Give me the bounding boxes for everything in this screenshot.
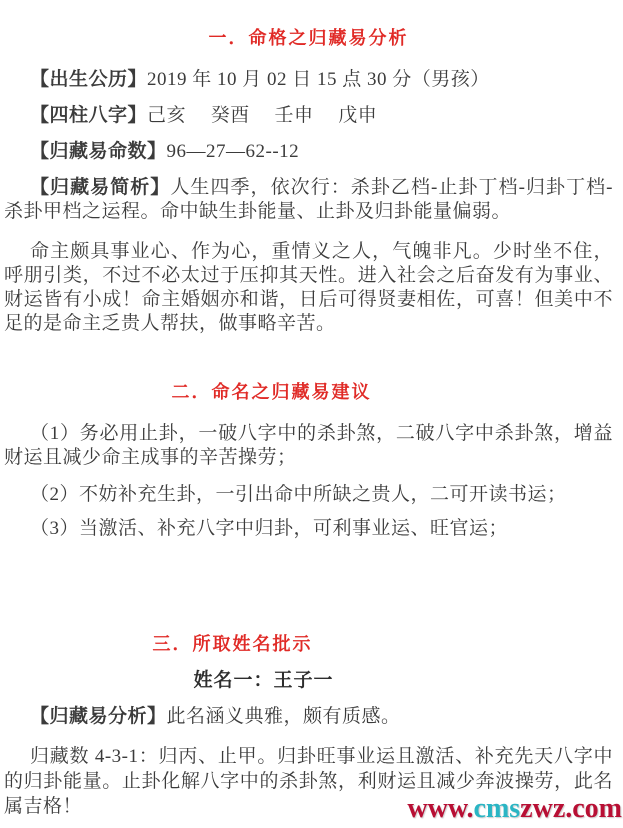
mingshu-label: 【归藏易命数】 bbox=[30, 141, 167, 162]
suggestion-item-2: （2）不妨补充生卦，一引出命中所缺之贵人，二可开读书运； bbox=[4, 483, 613, 507]
candidate-name-heading: 姓名一：王子一 bbox=[0, 669, 568, 693]
birth-date-value: 2019 年 10 月 02 日 15 点 30 分（男孩） bbox=[147, 69, 490, 90]
name-analysis-line: 【归藏易分析】此名涵义典雅，颇有质感。 bbox=[4, 705, 613, 729]
bazi-value: 己亥 癸酉 壬申 戊申 bbox=[147, 105, 377, 126]
mingshu-value: 96—27—62--12 bbox=[167, 141, 300, 162]
mingshu-line: 【归藏易命数】96—27—62--12 bbox=[4, 140, 613, 164]
watermark-highlight: cms bbox=[474, 793, 521, 824]
site-watermark: www.cmszwz.com bbox=[407, 795, 622, 823]
jianxi-label: 【归藏易简析】 bbox=[30, 177, 170, 198]
watermark-suffix: zwz.com bbox=[520, 793, 622, 824]
watermark-prefix: www. bbox=[407, 793, 473, 824]
birth-date-line: 【出生公历】2019 年 10 月 02 日 15 点 30 分（男孩） bbox=[4, 68, 613, 92]
document-page: 一．命格之归藏易分析 【出生公历】2019 年 10 月 02 日 15 点 3… bbox=[0, 0, 623, 819]
section1-title: 一．命格之归藏易分析 bbox=[4, 26, 613, 50]
name-analysis-label: 【归藏易分析】 bbox=[30, 706, 167, 727]
suggestion-item-3: （3）当激活、补充八字中归卦，可利事业运、旺官运； bbox=[4, 517, 613, 541]
destiny-paragraph: 命主颇具事业心、作为心，重情义之人，气魄非凡。少时坐不住，呼朋引类，不过不必太过… bbox=[4, 240, 613, 336]
name-analysis-text: 此名涵义典雅，颇有质感。 bbox=[167, 706, 401, 727]
section2-title: 二．命名之归藏易建议 bbox=[0, 380, 576, 404]
section3-title: 三．所取姓名批示 bbox=[0, 632, 537, 656]
bazi-line: 【四柱八字】己亥 癸酉 壬申 戊申 bbox=[4, 104, 613, 128]
birth-date-label: 【出生公历】 bbox=[30, 69, 147, 90]
bazi-label: 【四柱八字】 bbox=[30, 105, 147, 126]
suggestion-item-1: （1）务必用止卦，一破八字中的杀卦煞，二破八字中杀卦煞，增益财运且减少命主成事的… bbox=[4, 422, 613, 470]
jianxi-paragraph: 【归藏易简析】人生四季，依次行：杀卦乙档-止卦丁档-归卦丁档-杀卦甲档之运程。命… bbox=[4, 176, 613, 224]
